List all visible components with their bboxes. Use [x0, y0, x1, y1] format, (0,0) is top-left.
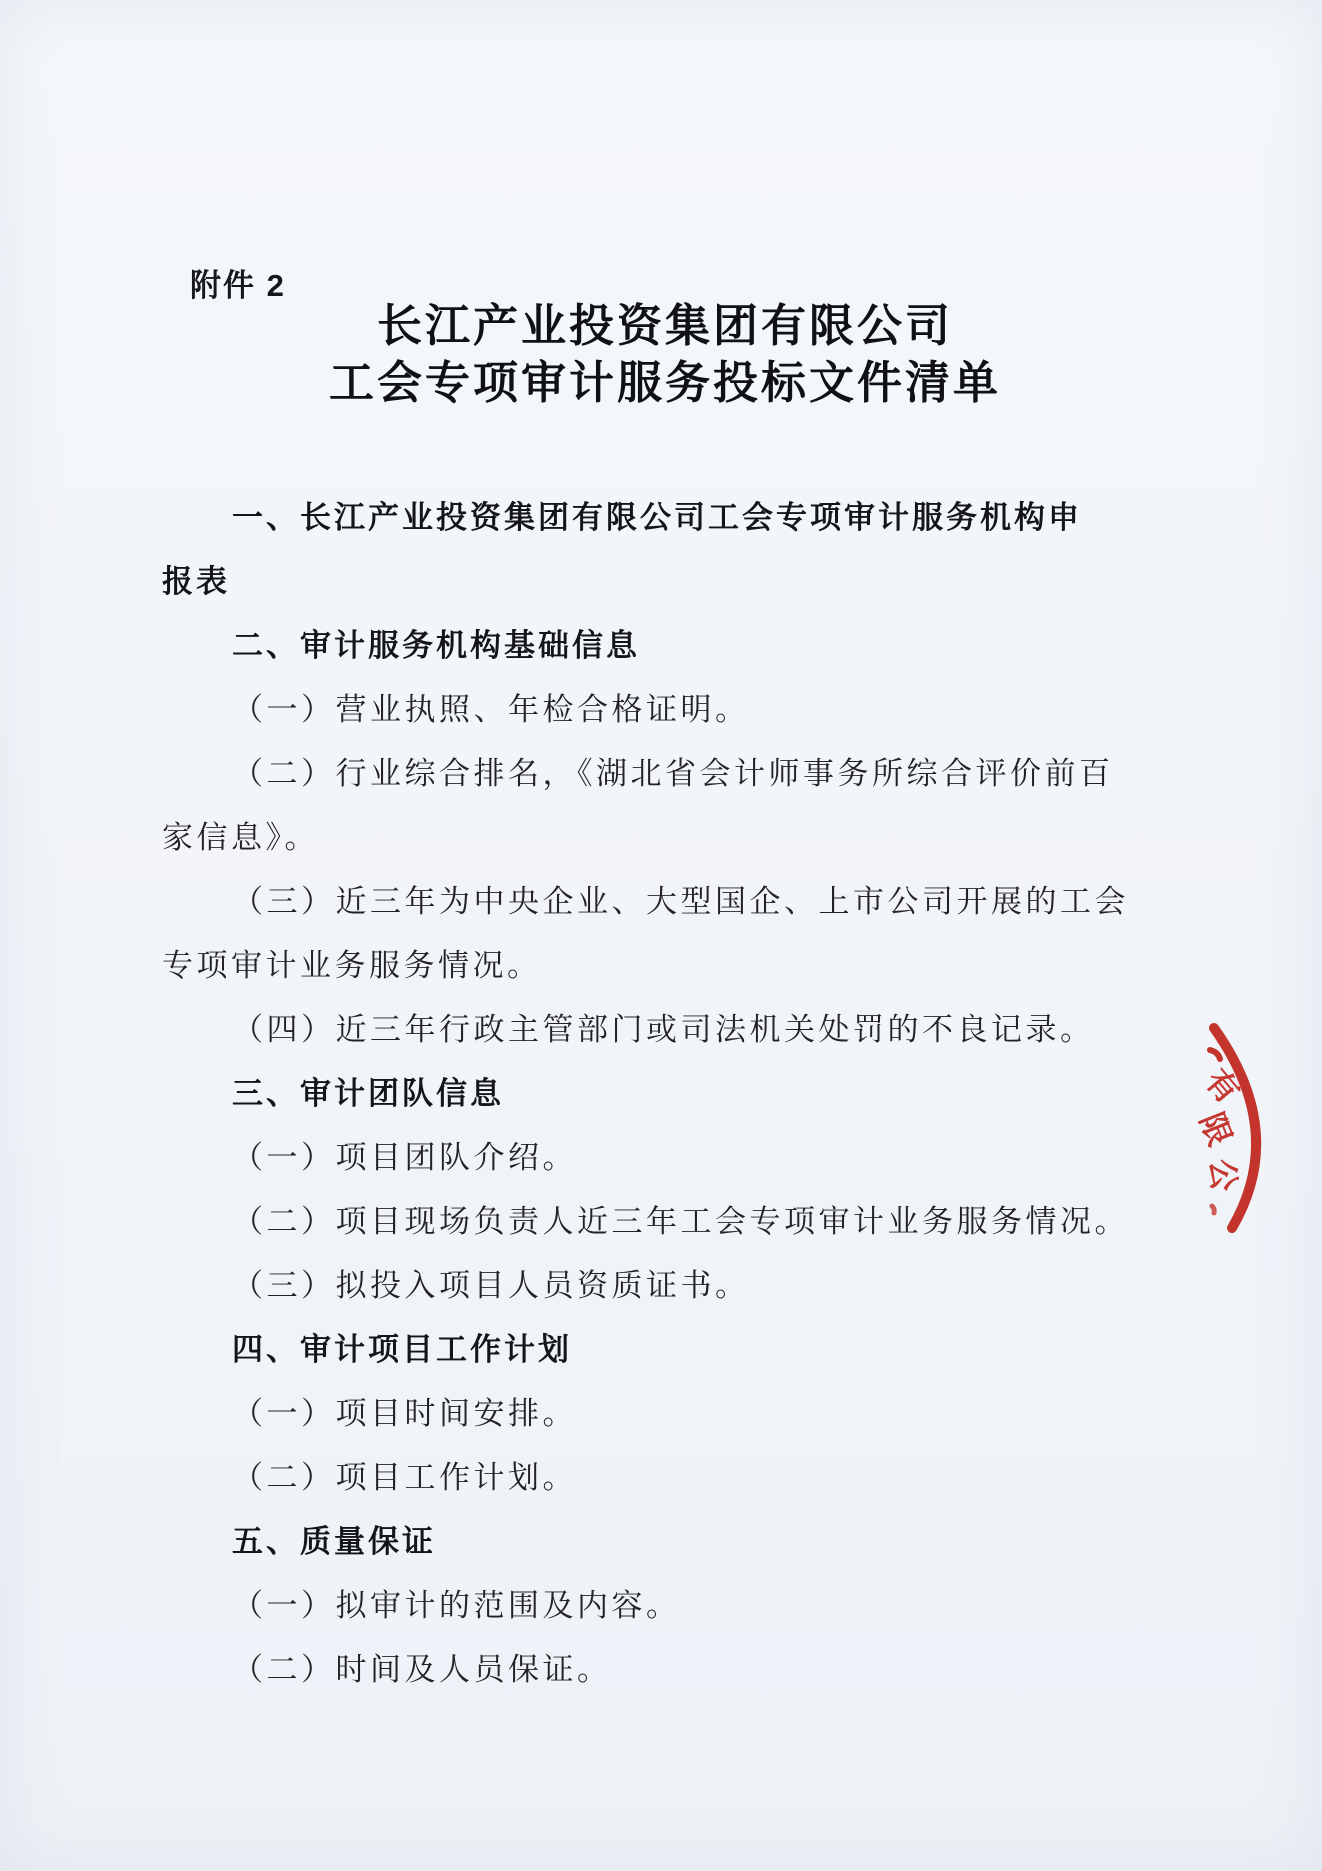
- section-4-item-2: （二）项目工作计划。: [162, 1452, 1222, 1516]
- section-3-item-3: （三）拟投入项目人员资质证书。: [162, 1260, 1222, 1324]
- section-2-item-2: （二）行业综合排名，《湖北省会计师事务所综合评价前百: [162, 748, 1222, 812]
- section-5-item-1: （一）拟审计的范围及内容。: [162, 1580, 1222, 1644]
- section-4-item-1: （一）项目时间安排。: [162, 1388, 1222, 1452]
- section-4-heading: 四、审计项目工作计划: [162, 1324, 1222, 1388]
- document-title-line-1: 长江产业投资集团有限公司: [160, 298, 1170, 355]
- section-1-heading: 一、长江产业投资集团有限公司工会专项审计服务机构申: [162, 492, 1222, 556]
- section-3-heading: 三、审计团队信息: [162, 1068, 1222, 1132]
- section-3-item-2: （二）项目现场负责人近三年工会专项审计业务服务情况。: [162, 1196, 1222, 1260]
- section-1-heading-cont: 报表: [162, 556, 1222, 620]
- section-2-item-4: （四）近三年行政主管部门或司法机关处罚的不良记录。: [162, 1004, 1222, 1068]
- section-2-item-2-cont: 家信息》。: [162, 812, 1222, 876]
- section-2-item-3-cont: 专项审计业务服务情况。: [162, 940, 1222, 1004]
- document-title: 长江产业投资集团有限公司 工会专项审计服务投标文件清单: [160, 298, 1170, 412]
- scanned-document-page: 附件 2 长江产业投资集团有限公司 工会专项审计服务投标文件清单 一、长江产业投…: [0, 0, 1322, 1871]
- document-body: 一、长江产业投资集团有限公司工会专项审计服务机构申 报表 二、审计服务机构基础信…: [162, 492, 1222, 1708]
- section-2-heading: 二、审计服务机构基础信息: [162, 620, 1222, 684]
- section-5-heading: 五、质量保证: [162, 1516, 1222, 1580]
- document-title-line-2: 工会专项审计服务投标文件清单: [160, 355, 1170, 412]
- section-2-item-3: （三）近三年为中央企业、大型国企、上市公司开展的工会: [162, 876, 1222, 940]
- section-5-item-2: （二）时间及人员保证。: [162, 1644, 1222, 1708]
- section-2-item-1: （一）营业执照、年检合格证明。: [162, 684, 1222, 748]
- section-3-item-1: （一）项目团队介绍。: [162, 1132, 1222, 1196]
